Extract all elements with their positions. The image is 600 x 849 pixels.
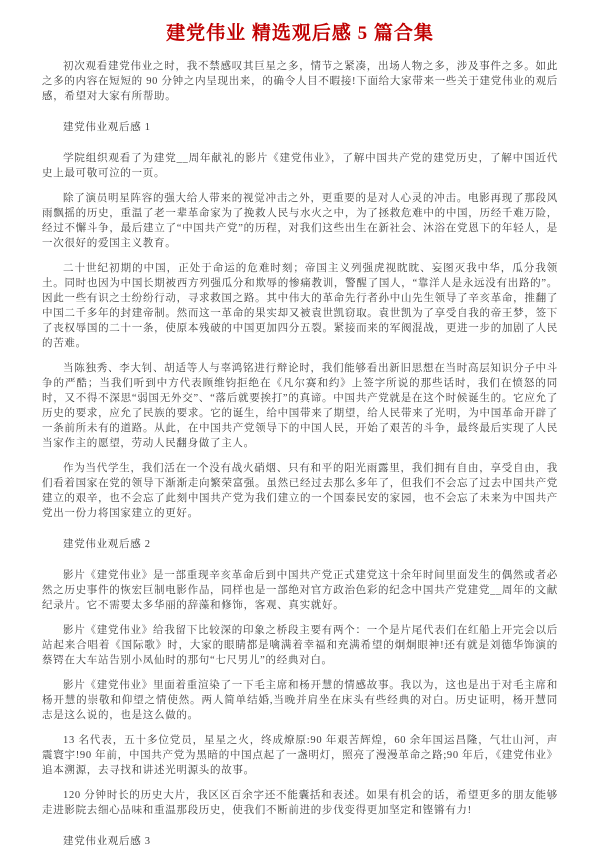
section-heading: 建党伟业观后感 1 bbox=[42, 120, 558, 135]
paragraph: 二十世纪初期的中国，正处于命运的危难时刻；帝国主义列强虎视眈眈、妄图灭我中华，瓜… bbox=[42, 261, 558, 351]
paragraph: 影片《建党伟业》里面着重渲染了一下毛主席和杨开慧的情感故事。我以为，这也是出于对… bbox=[42, 678, 558, 723]
paragraph: 120 分钟时长的历史大片，我区区百余字还不能囊括和表述。如果有机会的话，希望更… bbox=[42, 788, 558, 818]
paragraph: 影片《建党伟业》是一部重现辛亥革命后到中国共产党正式建党这十余年时间里面发生的偶… bbox=[42, 568, 558, 613]
section-heading: 建党伟业观后感 3 bbox=[42, 834, 558, 849]
paragraph: 学院组织观看了为建党__周年献礼的影片《建党伟业》，了解中国共产党的建党历史，了… bbox=[42, 151, 558, 181]
paragraph: 初次观看建党伟业之时，我不禁感叹其巨星之多，情节之紧凑，出场人物之多，涉及事件之… bbox=[42, 59, 558, 104]
paragraph: 除了演员明星阵容的强大给人带来的视觉冲击之外，更重要的是对人心灵的冲击。电影再现… bbox=[42, 191, 558, 251]
paragraph: 作为当代学生，我们活在一个没有战火硝烟、只有和平的阳光雨露里，我们拥有自由，享受… bbox=[42, 461, 558, 521]
paragraph: 13 名代表，五十多位党员，星星之火，终成燎原:90 年艰苦辉煌，60 余年国运… bbox=[42, 733, 558, 778]
section-heading: 建党伟业观后感 2 bbox=[42, 537, 558, 552]
document-page: 建党伟业 精选观后感 5 篇合集 初次观看建党伟业之时，我不禁感叹其巨星之多，情… bbox=[0, 0, 600, 849]
paragraph: 影片《建党伟业》给我留下比较深的印象之桥段主要有两个：一个是片尾代表们在红船上开… bbox=[42, 623, 558, 668]
document-title: 建党伟业 精选观后感 5 篇合集 bbox=[42, 22, 558, 46]
paragraph: 当陈独秀、李大钊、胡适等人与辜鸿铭进行辩论时，我们能够看出新旧思想在当时高层知识… bbox=[42, 361, 558, 451]
document-body: 初次观看建党伟业之时，我不禁感叹其巨星之多，情节之紧凑，出场人物之多，涉及事件之… bbox=[42, 59, 558, 849]
